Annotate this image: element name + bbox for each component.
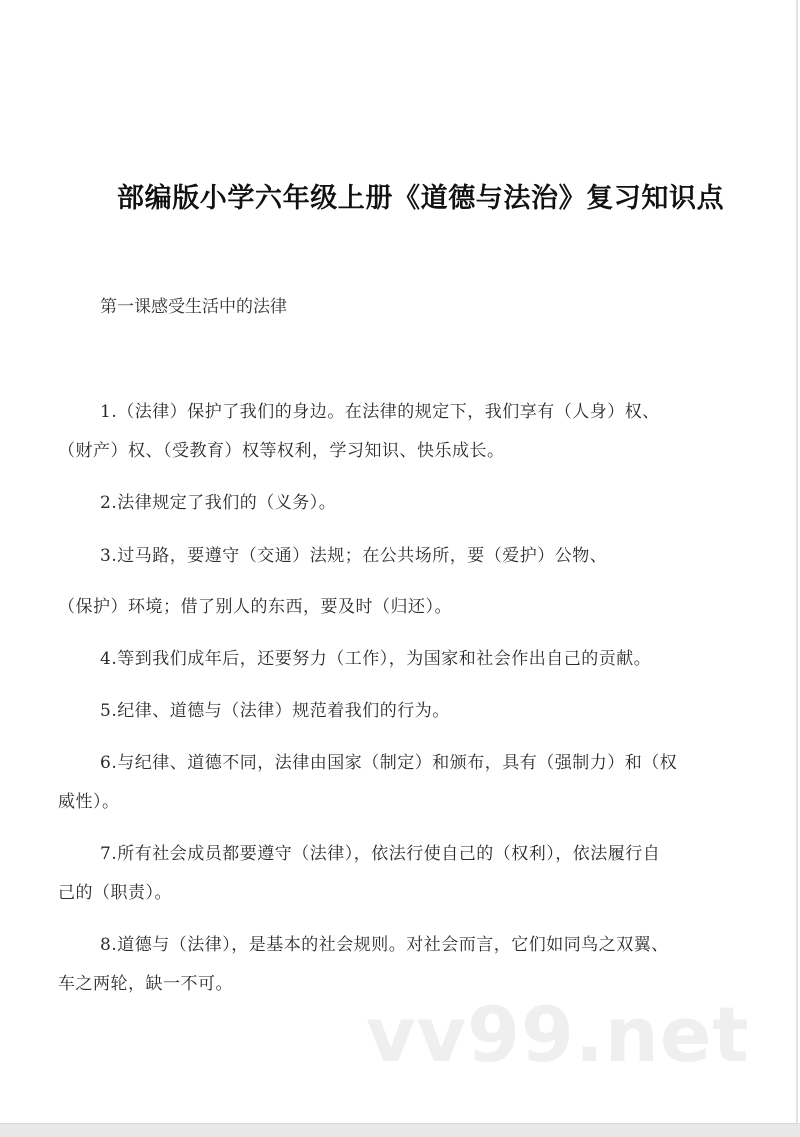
item-7-line-1: 7.所有社会成员都要遵守（法律），依法行使自己的（权利），依法履行自 [100, 842, 660, 866]
item-1-line-2: （财产）权、（受教育）权等权利，学习知识、快乐成长。 [58, 439, 505, 463]
item-6-line-1: 6.与纪律、道德不同，法律由国家（制定）和颁布，具有（强制力）和（权 [100, 751, 677, 775]
item-6-line-2: 威性）。 [58, 790, 120, 814]
item-8-line-2: 车之两轮，缺一不可。 [58, 972, 233, 996]
item-2-line-1: 2.法律规定了我们的（义务）。 [100, 491, 336, 515]
item-7-line-2: 己的（职责）。 [58, 881, 172, 905]
item-8-line-1: 8.道德与（法律），是基本的社会规则。对社会而言，它们如同鸟之双翼、 [100, 933, 669, 957]
document-title: 部编版小学六年级上册《道德与法治》复习知识点 [117, 181, 757, 217]
item-4-line-1: 4.等到我们成年后，还要努力（工作），为国家和社会作出自己的贡献。 [100, 647, 651, 671]
item-5-line-1: 5.纪律、道德与（法律）规范着我们的行为。 [100, 699, 450, 723]
item-1-line-1: 1.（法律）保护了我们的身边。在法律的规定下，我们享有（人身）权、 [100, 400, 660, 424]
lesson-heading: 第一课感受生活中的法律 [100, 295, 287, 319]
item-3-line-2: （保护）环境；借了别人的东西，要及时（归还）。 [58, 595, 452, 619]
document-page: 部编版小学六年级上册《道德与法治》复习知识点 第一课感受生活中的法律 1.（法律… [0, 0, 798, 1123]
watermark: vv99.net [366, 990, 750, 1080]
page-bottom-edge [0, 1123, 800, 1137]
item-3-line-1: 3.过马路，要遵守（交通）法规；在公共场所，要（爱护）公物、 [100, 544, 607, 568]
